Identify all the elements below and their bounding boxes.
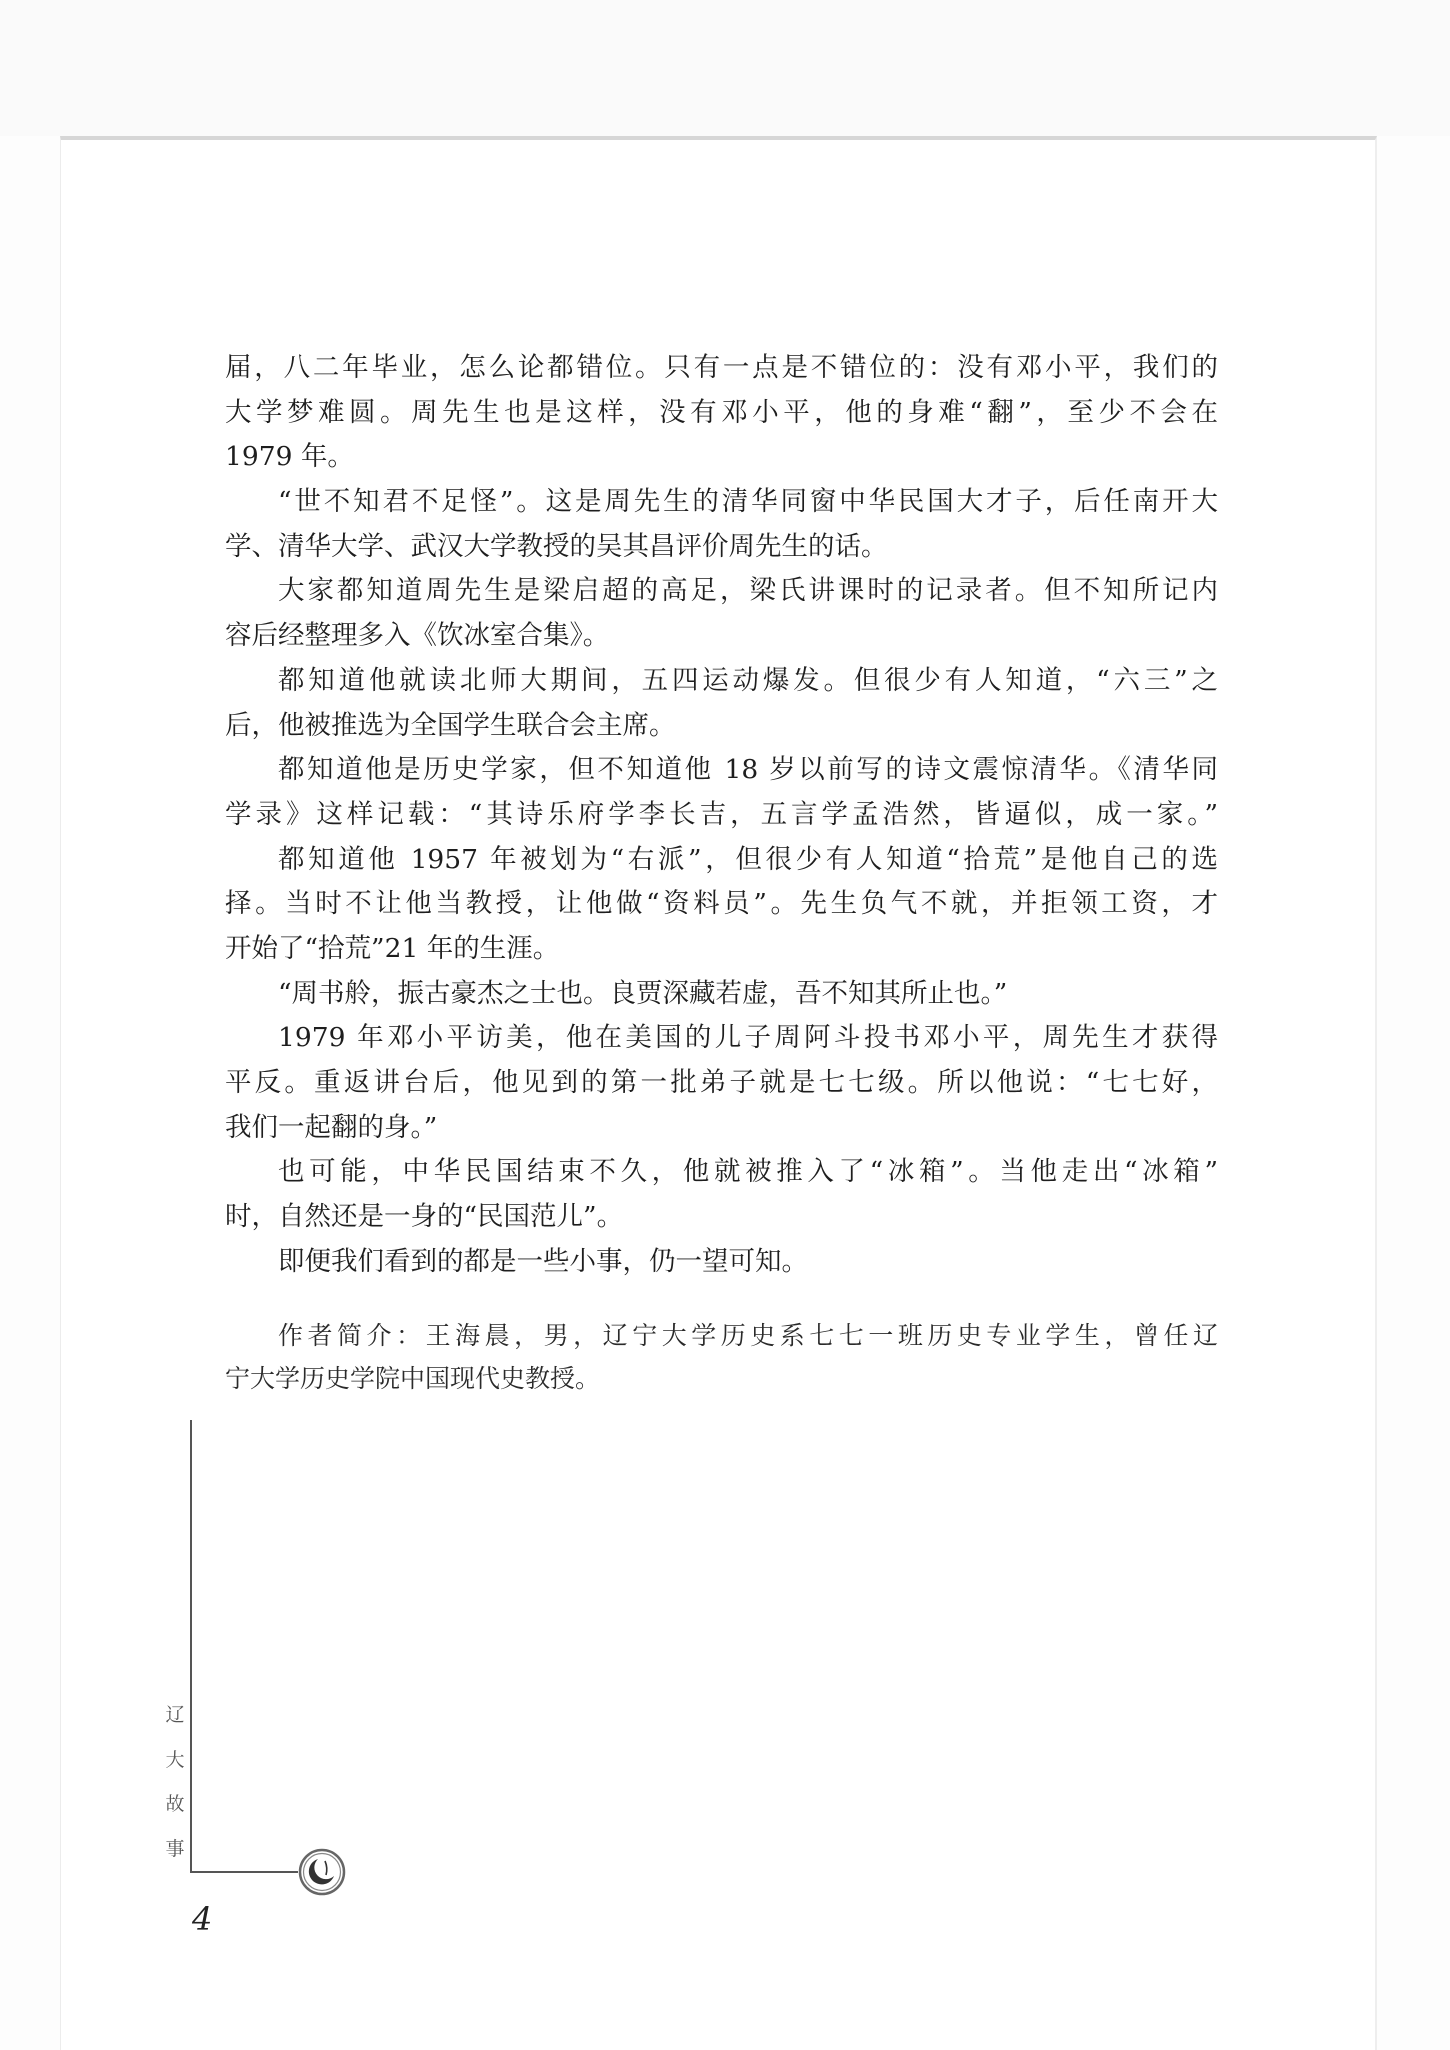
text-line: 都知道他 1957 年被划为“右派”，但很少有人知道“拾荒”是他自己的选 — [225, 838, 1218, 883]
text-line: 我们一起翻的身。” — [225, 1106, 1218, 1151]
text-line: 都知道他是历史学家，但不知道他 18 岁以前写的诗文震惊清华。《清华同 — [225, 748, 1218, 793]
book-title-char: 故 — [163, 1791, 187, 1836]
text-line: 1979 年。 — [225, 435, 1218, 480]
text-line: 时，自然还是一身的“民国范儿”。 — [225, 1195, 1218, 1240]
text-line: “世不知君不足怪”。这是周先生的清华同窗中华民国大才子，后任南开大 — [225, 480, 1218, 525]
text-line: 学、清华大学、武汉大学教授的吴其昌评价周先生的话。 — [225, 525, 1218, 570]
text-line: 届，八二年毕业，怎么论都错位。只有一点是不错位的：没有邓小平，我们的 — [225, 346, 1218, 391]
text-line: “周书舲，振古豪杰之士也。良贾深藏若虚，吾不知其所止也。” — [225, 972, 1218, 1017]
text-line: 即便我们看到的都是一些小事，仍一望可知。 — [225, 1240, 1218, 1285]
text-line: 择。当时不让他当教授，让他做“资料员”。先生负气不就，并拒领工资，才 — [225, 882, 1218, 927]
text-line: 大学梦难圆。周先生也是这样，没有邓小平，他的身难“翻”，至少不会在 — [225, 391, 1218, 436]
sidebar-vertical-rule — [190, 1420, 192, 1873]
text-line: 容后经整理多入《饮冰室合集》。 — [225, 614, 1218, 659]
sidebar-horizontal-rule — [190, 1871, 298, 1873]
text-line: 开始了“拾荒”21 年的生涯。 — [225, 927, 1218, 972]
page-number: 4 — [192, 1900, 212, 1938]
scan-background — [0, 0, 1450, 136]
body-text: 届，八二年毕业，怎么论都错位。只有一点是不错位的：没有邓小平，我们的大学梦难圆。… — [225, 346, 1218, 1284]
text-line: 平反。重返讲台后，他见到的第一批弟子就是七七级。所以他说：“七七好， — [225, 1061, 1218, 1106]
text-line: 都知道他就读北师大期间，五四运动爆发。但很少有人知道，“六三”之 — [225, 659, 1218, 704]
text-line: 1979 年邓小平访美，他在美国的儿子周阿斗投书邓小平，周先生才获得 — [225, 1016, 1218, 1061]
text-line: 后，他被推选为全国学生联合会主席。 — [225, 704, 1218, 749]
book-title-char: 大 — [163, 1747, 187, 1792]
book-title-char: 事 — [163, 1836, 187, 1881]
crescent-circle-emblem-icon — [298, 1848, 346, 1896]
text-line: 宁大学历史学院中国现代史教授。 — [225, 1357, 1218, 1400]
text-line: 作者简介：王海晨，男，辽宁大学历史系七七一班历史专业学生，曾任辽 — [225, 1314, 1218, 1357]
text-line: 大家都知道周先生是梁启超的高足，梁氏讲课时的记录者。但不知所记内 — [225, 569, 1218, 614]
text-line: 学录》这样记载：“其诗乐府学李长吉，五言学孟浩然，皆逼似，成一家。” — [225, 793, 1218, 838]
author-bio: 作者简介：王海晨，男，辽宁大学历史系七七一班历史专业学生，曾任辽宁大学历史学院中… — [225, 1314, 1218, 1400]
running-book-title: 辽 大 故 事 — [163, 1702, 187, 1880]
book-title-char: 辽 — [163, 1702, 187, 1747]
text-line: 也可能，中华民国结束不久，他就被推入了“冰箱”。当他走出“冰箱” — [225, 1150, 1218, 1195]
